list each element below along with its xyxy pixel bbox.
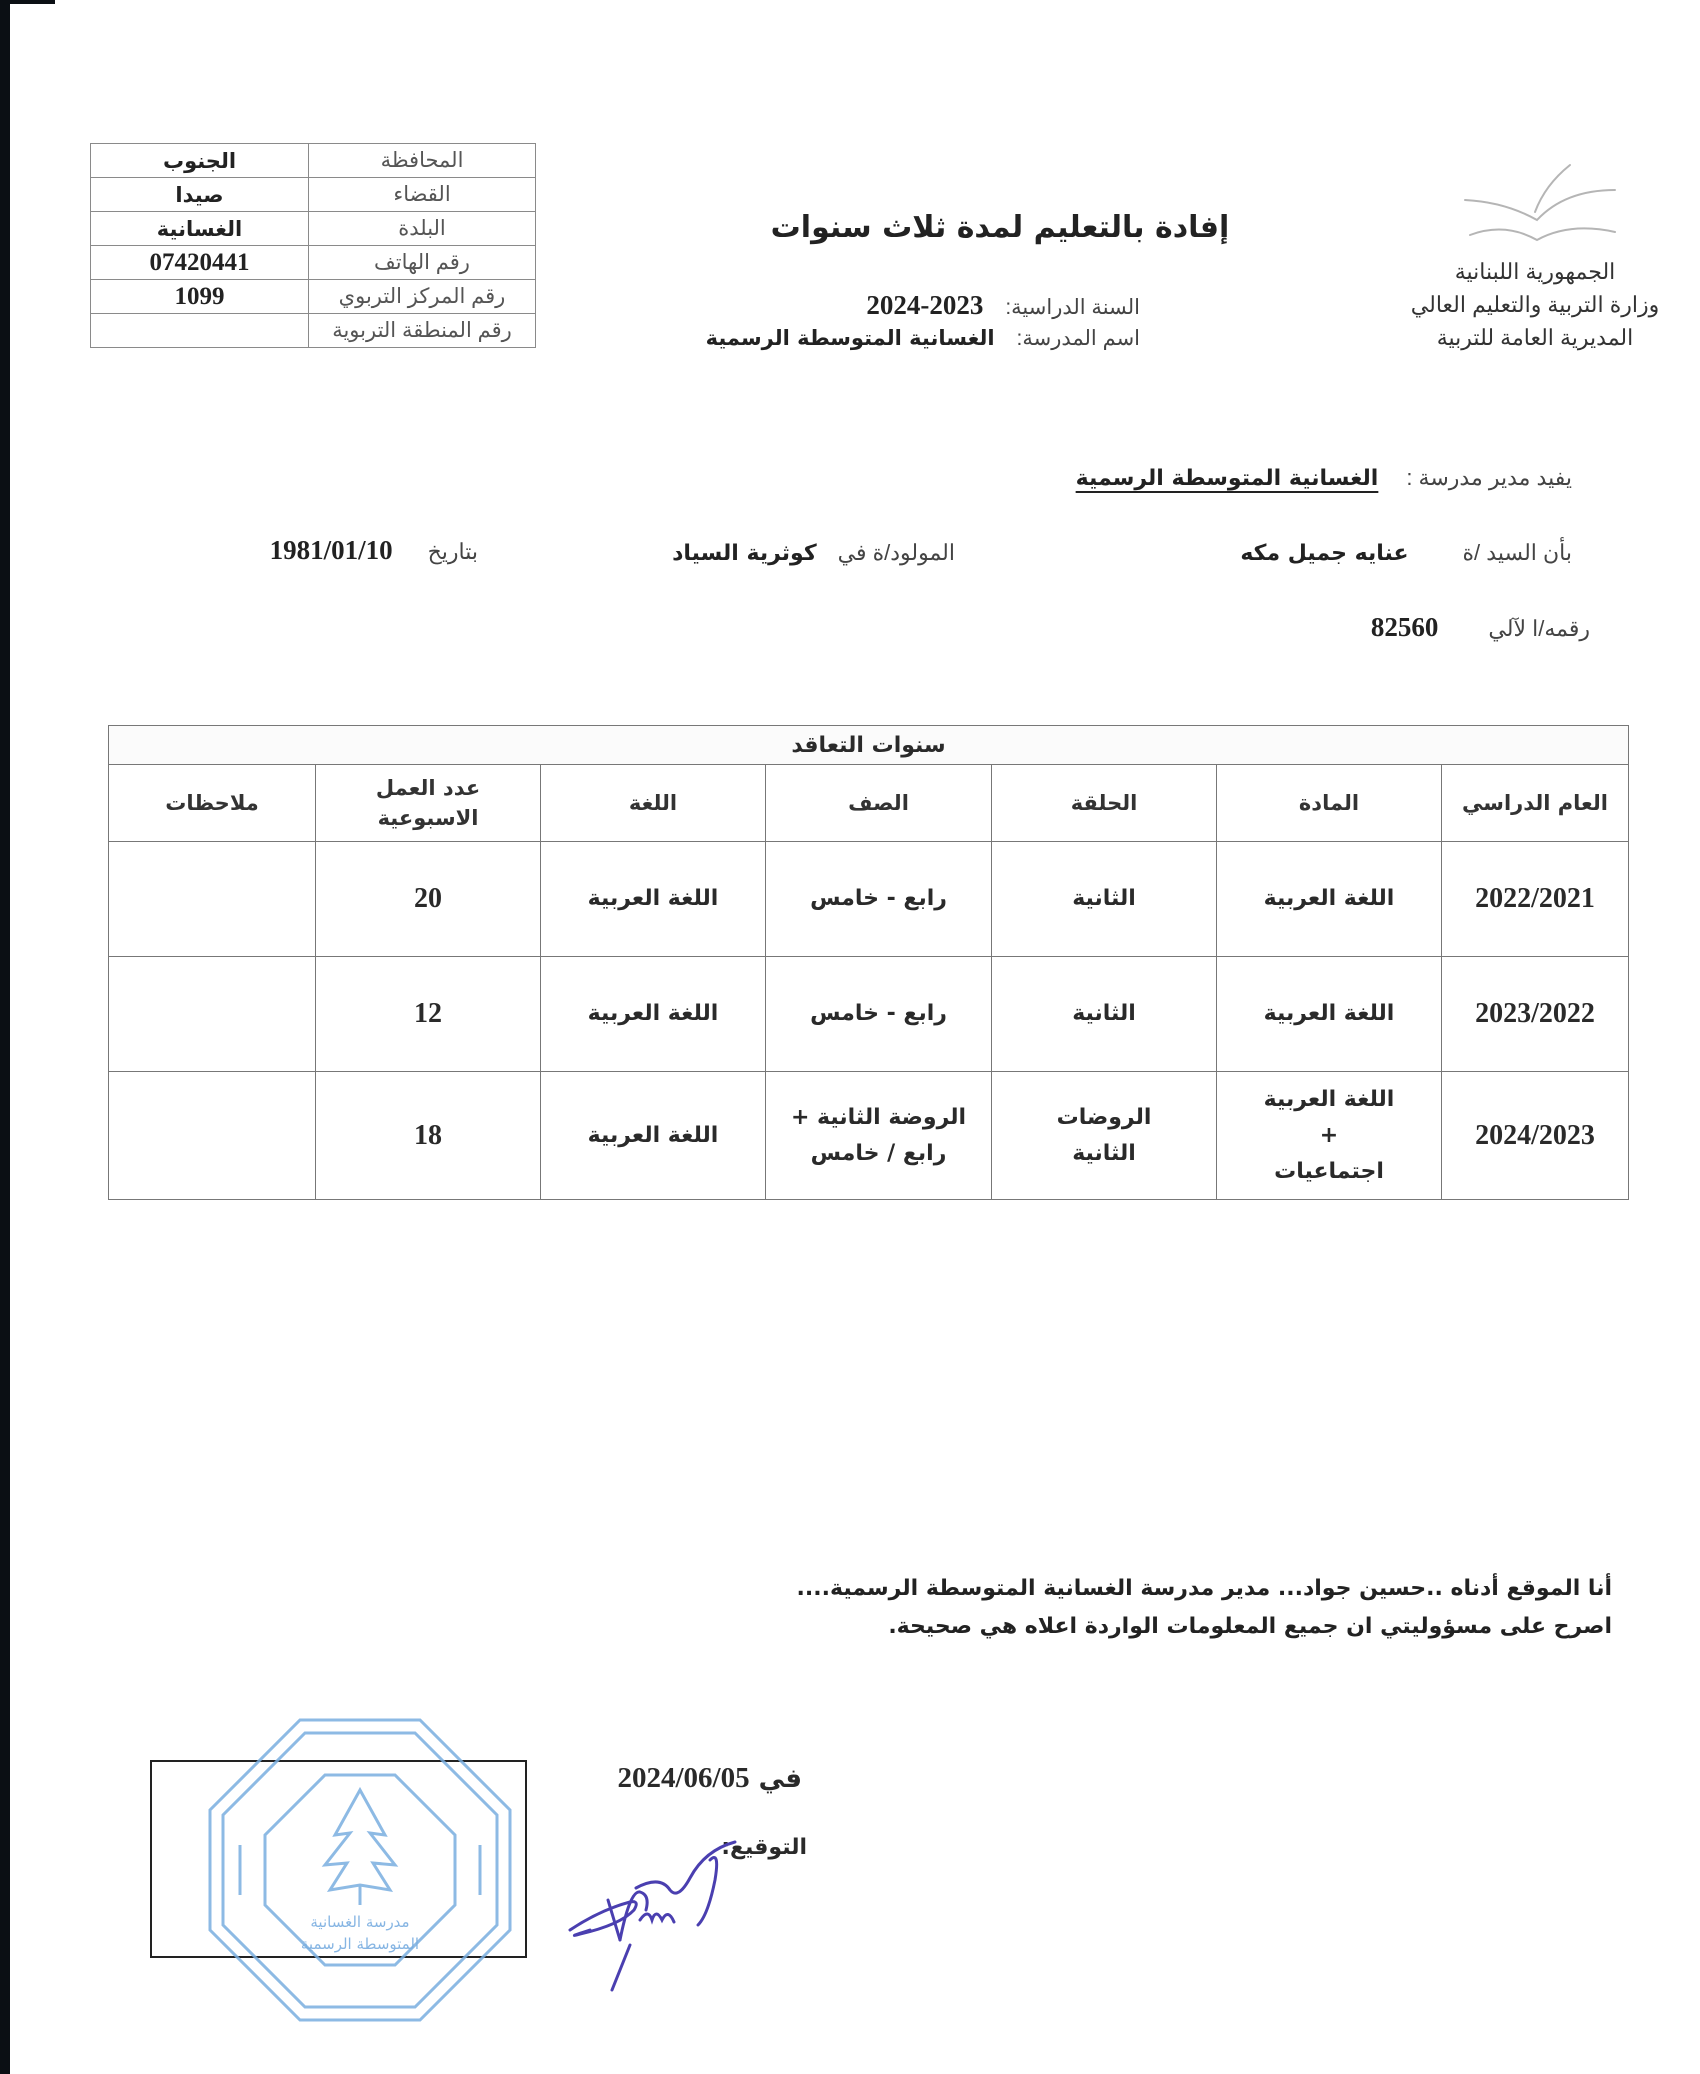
academic-year-row: السنة الدراسية: 2024-2023 <box>866 290 1140 321</box>
table-row: 2023/2022 اللغة العربية الثانية رابع - خ… <box>109 957 1629 1072</box>
cell-subject: اللغة العربية + اجتماعيات <box>1217 1072 1442 1200</box>
school-name-value: الغسانية المتوسطة الرسمية <box>706 326 995 350</box>
cell-cycle: الثانية <box>992 842 1217 957</box>
date-value: 2024/06/05 <box>617 1762 749 1794</box>
cell-grade: رابع - خامس <box>766 842 992 957</box>
info-row-governorate: المحافظة الجنوب <box>91 144 536 178</box>
info-key: رقم المركز التربوي <box>309 280 536 314</box>
info-value: 07420441 <box>91 246 309 280</box>
cell-grade: رابع - خامس <box>766 957 992 1072</box>
info-value: 1099 <box>91 280 309 314</box>
info-row-town: البلدة الغسانية <box>91 212 536 246</box>
cell-subject: اللغة العربية <box>1217 957 1442 1072</box>
col-grade: الصف <box>766 765 992 842</box>
school-name-row: اسم المدرسة: الغسانية المتوسطة الرسمية <box>706 326 1140 351</box>
date-prefix: في <box>759 1764 802 1794</box>
cell-hours: 18 <box>316 1072 541 1200</box>
declaration-line-1: أنا الموقع أدناه ..حسين جواد... مدير مدر… <box>797 1570 1612 1608</box>
info-row-district: القضاء صيدا <box>91 178 536 212</box>
table-header-row: العام الدراسي المادة الحلقة الصف اللغة ع… <box>109 765 1629 842</box>
info-value: الغسانية <box>91 212 309 246</box>
document-title: إفادة بالتعليم لمدة ثلاث سنوات <box>760 210 1240 245</box>
cell-year: 2024/2023 <box>1442 1072 1629 1200</box>
cell-language: اللغة العربية <box>541 1072 766 1200</box>
director-declaration: أنا الموقع أدناه ..حسين جواد... مدير مدر… <box>797 1570 1612 1646</box>
academic-year-label: السنة الدراسية: <box>1005 295 1140 320</box>
cell-hours: 20 <box>316 842 541 957</box>
cell-language: اللغة العربية <box>541 842 766 957</box>
number-line: رقمه/ا لآلي 82560 <box>1371 612 1590 643</box>
col-academic-year: العام الدراسي <box>1442 765 1629 842</box>
table-row: 2022/2021 اللغة العربية الثانية رابع - خ… <box>109 842 1629 957</box>
cell-cycle: الروضات الثانية <box>992 1072 1217 1200</box>
directorate-name: المديرية العامة للتربية <box>1380 321 1690 354</box>
number-value: 82560 <box>1371 612 1439 642</box>
born-place: كوثرية السياد <box>672 541 817 566</box>
director-label: يفيد مدير مدرسة : <box>1406 465 1572 490</box>
cell-cycle: الثانية <box>992 957 1217 1072</box>
info-row-region-number: رقم المنطقة التربوية <box>91 314 536 348</box>
table-caption: سنوات التعاقد <box>109 726 1629 765</box>
svg-text:المتوسطة الرسمية: المتوسطة الرسمية <box>301 1935 419 1953</box>
contract-years-table: سنوات التعاقد العام الدراسي المادة الحلق… <box>108 725 1629 1200</box>
col-cycle: الحلقة <box>992 765 1217 842</box>
info-key: المحافظة <box>309 144 536 178</box>
col-notes: ملاحظات <box>109 765 316 842</box>
cell-notes <box>109 842 316 957</box>
born-label: المولود/ة في <box>838 540 955 565</box>
academic-year-value: 2024-2023 <box>866 290 983 321</box>
info-key: رقم المنطقة التربوية <box>309 314 536 348</box>
handwritten-signature-icon <box>560 1830 760 2000</box>
person-name: عنايه جميل مكه <box>1240 541 1408 566</box>
birthdate-line: بتاريخ 1981/01/10 <box>270 535 478 566</box>
director-school: الغسانية المتوسطة الرسمية <box>1076 466 1379 491</box>
table-row: 2024/2023 اللغة العربية + اجتماعيات الرو… <box>109 1072 1629 1200</box>
birthplace-line: المولود/ة في كوثرية السياد <box>672 540 955 566</box>
official-school-stamp-icon: مدرسة الغسانية المتوسطة الرسمية <box>205 1715 515 2025</box>
school-name-label: اسم المدرسة: <box>1017 326 1140 351</box>
cell-grade: الروضة الثانية + رابع / خامس <box>766 1072 992 1200</box>
ministry-header: الجمهورية اللبنانية وزارة التربية والتعل… <box>1380 255 1690 354</box>
cell-notes <box>109 1072 316 1200</box>
svg-text:مدرسة الغسانية: مدرسة الغسانية <box>310 1913 409 1931</box>
issue-date: في 2024/06/05 <box>617 1762 802 1795</box>
info-value <box>91 314 309 348</box>
info-key: رقم الهاتف <box>309 246 536 280</box>
birth-date-label: بتاريخ <box>428 539 478 564</box>
number-label: رقمه/ا لآلي <box>1488 616 1590 641</box>
birth-date: 1981/01/10 <box>270 535 393 565</box>
cell-language: اللغة العربية <box>541 957 766 1072</box>
cell-subject: اللغة العربية <box>1217 842 1442 957</box>
info-row-phone: رقم الهاتف 07420441 <box>91 246 536 280</box>
cell-year: 2023/2022 <box>1442 957 1629 1072</box>
col-language: اللغة <box>541 765 766 842</box>
declaration-line-2: اصرح على مسؤوليتي ان جميع المعلومات الوا… <box>797 1608 1612 1646</box>
info-row-center-number: رقم المركز التربوي 1099 <box>91 280 536 314</box>
republic-name: الجمهورية اللبنانية <box>1380 255 1690 288</box>
ministry-name: وزارة التربية والتعليم العالي <box>1380 288 1690 321</box>
info-key: القضاء <box>309 178 536 212</box>
cell-notes <box>109 957 316 1072</box>
open-book-wings-icon <box>1455 160 1635 250</box>
person-line: بأن السيد /ة عنايه جميل مكه <box>1240 540 1572 566</box>
info-key: البلدة <box>309 212 536 246</box>
person-label: بأن السيد /ة <box>1463 540 1572 565</box>
scan-edge-top <box>0 0 55 4</box>
cell-year: 2022/2021 <box>1442 842 1629 957</box>
table-caption-row: سنوات التعاقد <box>109 726 1629 765</box>
scan-edge-left <box>0 0 10 2074</box>
info-value: الجنوب <box>91 144 309 178</box>
director-statement: يفيد مدير مدرسة : الغسانية المتوسطة الرس… <box>1076 465 1572 491</box>
col-subject: المادة <box>1217 765 1442 842</box>
school-info-table: المحافظة الجنوب القضاء صيدا البلدة الغسا… <box>90 143 536 348</box>
info-value: صيدا <box>91 178 309 212</box>
col-weekly-hours: عدد العمل الاسبوعية <box>316 765 541 842</box>
cell-hours: 12 <box>316 957 541 1072</box>
